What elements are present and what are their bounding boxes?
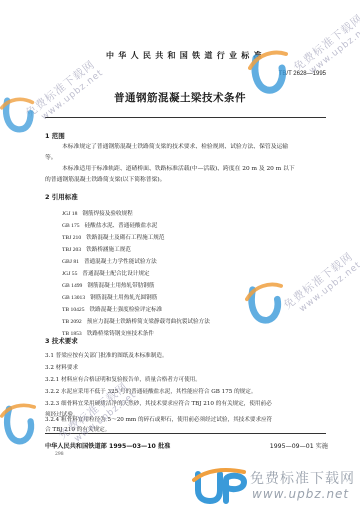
- footer-divider: [45, 433, 326, 434]
- s1-para1-line2: 等。: [45, 154, 57, 162]
- clause-3-2-3-line1: 3.2.3 细骨料宜采用硬质洁净的天然砂，其技术要求应符合 TBJ 210 的有…: [45, 399, 272, 407]
- reference-item: GBJ 81普通混凝土力学性能试验方法: [62, 257, 157, 265]
- clause-3-2: 3.2 材料要求: [45, 363, 78, 371]
- ref-code: GB 175: [62, 223, 80, 229]
- brand-name: 免费标准下载网: [250, 468, 355, 488]
- clause-3-2-4-line2: 合 TBJ 210 的有关规定。: [45, 425, 110, 433]
- approval-date: 中华人民共和国铁道部 1995—03—10 批准: [45, 441, 170, 450]
- reference-item: TB 2092预应力混凝土铁路桥简支梁静载弯曲抗裂试验方法: [62, 317, 210, 325]
- ref-code: TBJ 203: [62, 247, 81, 253]
- s1-para2-line2: 的普通钢筋混凝土铁路简支梁(以下简称普梁)。: [45, 176, 165, 184]
- ref-code: TB 10425: [62, 307, 85, 313]
- effective-date: 1995—09—01 实施: [270, 441, 328, 450]
- document-title: 普通钢筋混凝土梁技术条件: [0, 90, 360, 105]
- clause-3-2-1: 3.2.1 材料应有合格证明和复验报告单，质量合格者方可使用。: [45, 375, 201, 383]
- ref-name: 钢筋焊接及验收规程: [82, 211, 132, 217]
- ref-name: 硅酸盐水泥、普通硅酸盐水泥: [85, 223, 158, 229]
- ref-code: TB 2092: [62, 319, 82, 325]
- reference-item: JGJ 18钢筋焊接及验收规程: [62, 209, 133, 217]
- up-logo-icon: [245, 280, 283, 326]
- reference-item: TB 10425铁路混凝土强度检验评定标准: [62, 305, 162, 313]
- clause-3-1: 3.1 普梁应按有关部门批准的图纸及本标准制造。: [45, 351, 168, 359]
- ref-name: 预应力混凝土铁路桥简支梁静载弯曲抗裂试验方法: [87, 319, 210, 325]
- reference-item: GB 13013钢筋混凝土用热轧光圆钢筋: [62, 293, 157, 301]
- watermark-text: 免费标准下载网 www.upbz.net: [280, 247, 360, 320]
- clause-3-2-4-line1: 3.2.4 粗骨料宜用粒径为 5～20 mm 的碎石或卵石，使用前必须经过试验，…: [45, 415, 272, 423]
- ref-name: 普通混凝土配合比设计规定: [82, 271, 149, 277]
- ref-name: 普通混凝土力学性能试验方法: [84, 259, 157, 265]
- ref-code: GB 1499: [62, 283, 82, 289]
- reference-item: TBJ 210铁路混凝土及砌石工程施工规范: [62, 233, 164, 241]
- ref-name: 铁路混凝土及砌石工程施工规范: [86, 235, 164, 241]
- ref-code: JGJ 18: [62, 211, 77, 217]
- header-divider: [45, 117, 326, 118]
- ref-code: GBJ 81: [62, 259, 79, 265]
- ref-code: TBJ 210: [62, 235, 81, 241]
- up-logo-icon: [0, 400, 36, 450]
- s1-para2-line1: 本标准适用于标准轨距、道碴桥面、铁路标准活载(中—活载)、跨度在 20 m 及 …: [62, 165, 295, 173]
- clause-3-2-2: 3.2.2 水泥应采用不低于 325 号的普通硅酸盐水泥，其性能应符合 GB 1…: [45, 387, 256, 395]
- ref-name: 钢筋混凝土用热轧带肋钢筋: [87, 283, 154, 289]
- reference-item: GB 175硅酸盐水泥、普通硅酸盐水泥: [62, 221, 157, 229]
- reference-item: GB 1499钢筋混凝土用热轧带肋钢筋: [62, 281, 155, 289]
- document-page: 中华人民共和国铁道行业标准 TB/T 2628—1995 普通钢筋混凝土梁技术条…: [0, 0, 360, 509]
- s1-para1-line1: 本标准规定了普通钢筋混凝土铁路简支梁的技术要求、检验规则、试验方法、保管及运输: [62, 143, 288, 151]
- ref-name: 钢筋混凝土用热轧光圆钢筋: [90, 295, 157, 301]
- issuing-org-title: 中华人民共和国铁道行业标准: [106, 50, 266, 61]
- section-3-heading: 3 技术要求: [45, 336, 78, 345]
- brand-url: www.upbz.net: [252, 487, 349, 501]
- ref-name: 铁路桥涵施工规范: [86, 247, 131, 253]
- reference-item: TBJ 203铁路桥涵施工规范: [62, 245, 131, 253]
- ref-code: GB 13013: [62, 295, 85, 301]
- ref-name: 铁路混凝土强度检验评定标准: [90, 307, 163, 313]
- ref-code: JGJ 55: [62, 271, 77, 277]
- up-logo-icon: [192, 468, 248, 504]
- reference-item: JGJ 55普通混凝土配合比设计规定: [62, 269, 150, 277]
- ref-name: 铁路桥梁铸钢支座技术条件: [87, 331, 154, 337]
- standard-code: TB/T 2628—1995: [279, 71, 326, 77]
- page-number: 298: [55, 452, 64, 457]
- section-2-heading: 2 引用标准: [45, 192, 78, 201]
- section-1-heading: 1 范围: [45, 131, 65, 140]
